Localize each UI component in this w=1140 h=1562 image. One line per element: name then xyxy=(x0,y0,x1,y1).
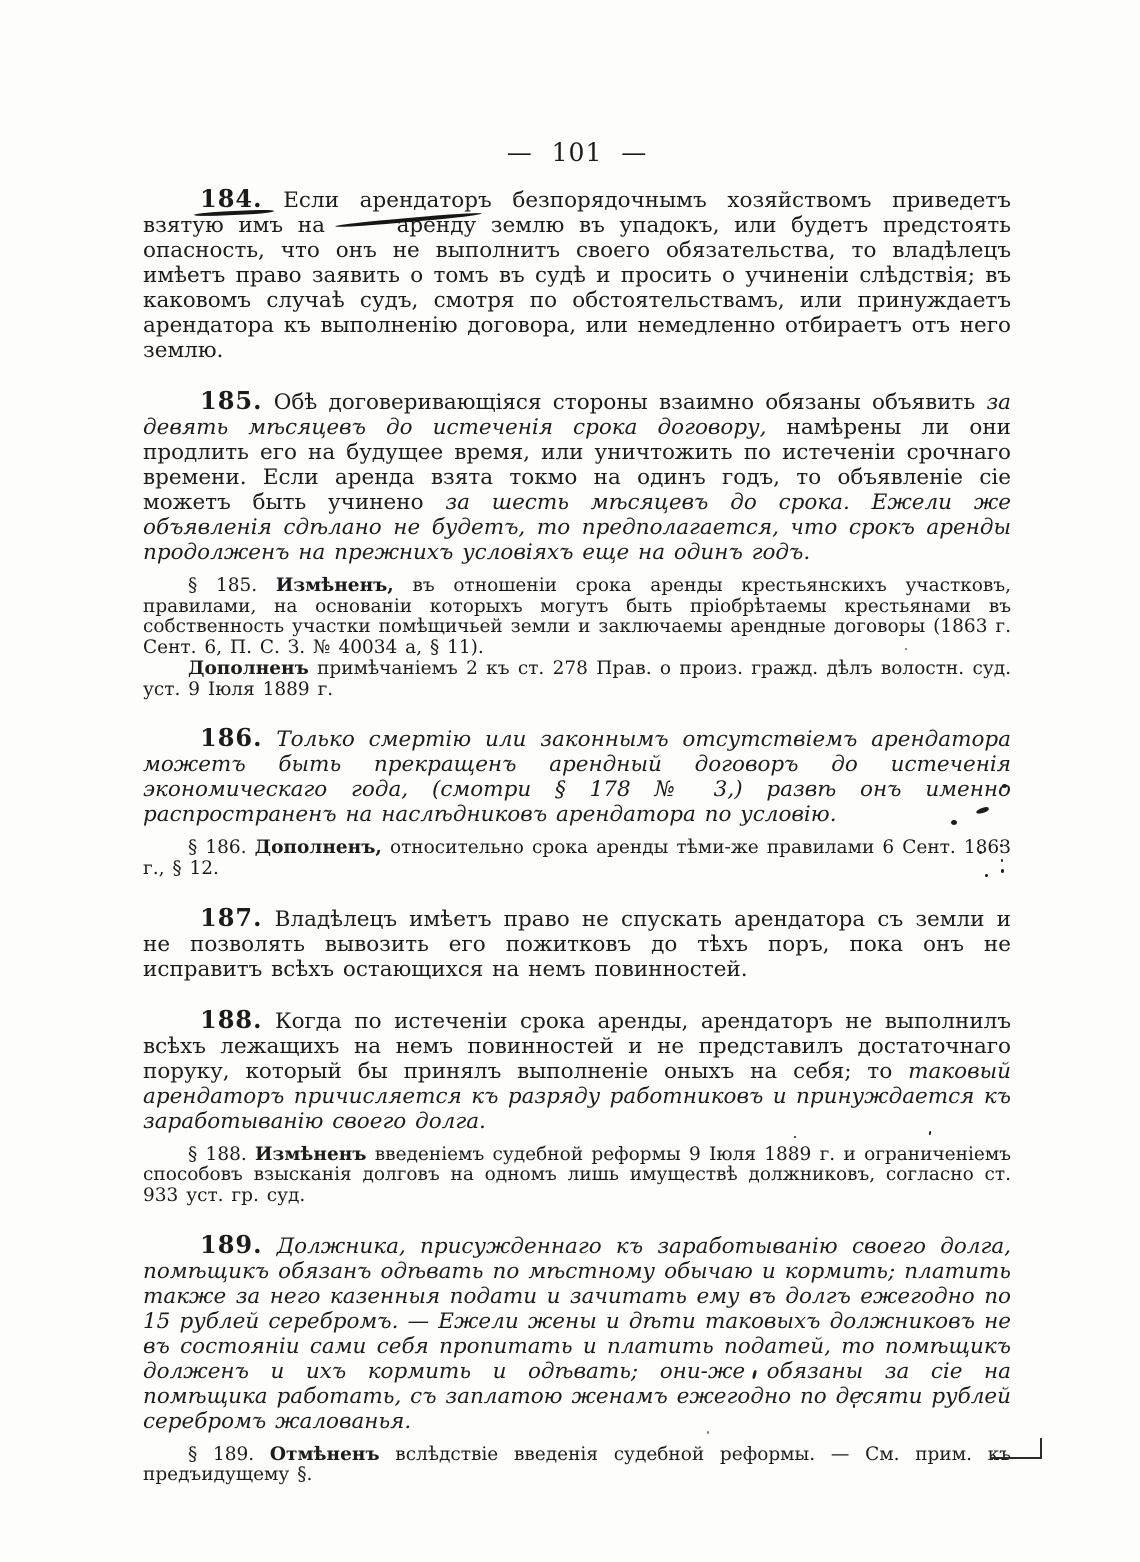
section-184-number: 184. xyxy=(200,186,262,211)
section-186-italic-text: Только смертію или законнымъ отсутствіем… xyxy=(143,727,1011,827)
page-content: 184. Если арендаторъ безпорядочнымъ хозя… xyxy=(143,186,1011,1486)
margin-corner-mark xyxy=(990,1438,1042,1459)
ink-speck xyxy=(905,648,907,650)
section-189-number: 189. xyxy=(200,1230,262,1259)
section-188-number: 188. xyxy=(200,1005,262,1034)
section-189-italic-text: Должника, присужденнаго къ заработыванію… xyxy=(143,1234,1011,1434)
ink-speck xyxy=(979,851,982,854)
section-187-number: 187. xyxy=(200,903,262,932)
ink-speck xyxy=(951,820,957,825)
note-188: § 188. Измѣненъ введеніемъ судебной рефо… xyxy=(143,1145,1011,1207)
note-186-label: § 186. xyxy=(188,837,247,858)
note-185-addendum: Дополненъ примѣчаніемъ 2 къ ст. 278 Прав… xyxy=(143,659,1011,700)
ink-speck xyxy=(1002,784,1007,788)
section-188-text: Когда по истеченіи срока аренды, арендат… xyxy=(143,1009,1011,1084)
ink-speck xyxy=(707,1431,709,1434)
note-188-keyword: Измѣненъ xyxy=(255,1144,366,1165)
note-189-label: § 189. xyxy=(188,1444,254,1465)
ink-speck xyxy=(1001,869,1004,873)
note-188-label: § 188. xyxy=(188,1144,247,1165)
section-189: 189. Должника, присужденнаго къ заработы… xyxy=(143,1232,1011,1434)
note-186-keyword: Дополненъ, xyxy=(255,837,382,858)
ink-speck xyxy=(794,1136,796,1138)
section-187-text: Владѣлецъ имѣетъ право не спускать аренд… xyxy=(143,907,1011,982)
ink-speck xyxy=(853,1404,855,1408)
note-189: § 189. Отмѣненъ вслѣдствіе введенія суде… xyxy=(143,1445,1011,1486)
note-189-keyword: Отмѣненъ xyxy=(270,1444,380,1465)
note-186: § 186. Дополненъ, относительно срока аре… xyxy=(143,838,1011,879)
note-185: § 185. Измѣненъ, въ отношеніи срока арен… xyxy=(143,576,1011,659)
section-186: 186. Только смертію или законнымъ отсутс… xyxy=(143,725,1011,827)
ink-speck xyxy=(985,874,988,877)
ink-speck xyxy=(1001,859,1003,862)
ink-speck xyxy=(1000,844,1003,847)
note-185-addendum-keyword: Дополненъ xyxy=(188,658,309,679)
section-185: 185. Обѣ договеривающіяся стороны взаимн… xyxy=(143,388,1011,565)
section-188: 188. Когда по истеченіи срока аренды, ар… xyxy=(143,1007,1011,1134)
note-185-label: § 185. xyxy=(188,575,257,596)
section-187: 187. Владѣлецъ имѣетъ право не спускать … xyxy=(143,905,1011,982)
note-185-text: въ отношеніи срока аренды крестьянскихъ … xyxy=(143,575,1011,658)
note-185-keyword: Измѣненъ, xyxy=(276,575,394,596)
page-number: — 101 — xyxy=(143,138,1011,167)
section-186-number: 186. xyxy=(200,723,262,752)
book-page-scan: — 101 — 184. Если арендаторъ безпорядочн… xyxy=(0,0,1140,1562)
section-185-number: 185. xyxy=(200,386,262,415)
ink-speck xyxy=(861,1392,863,1395)
section-185-text-1: Обѣ договеривающіяся стороны взаимно обя… xyxy=(274,390,975,415)
section-184: 184. Если арендаторъ безпорядочнымъ хозя… xyxy=(143,186,1011,363)
section-184-pen-marked-word: аренду xyxy=(340,213,477,238)
